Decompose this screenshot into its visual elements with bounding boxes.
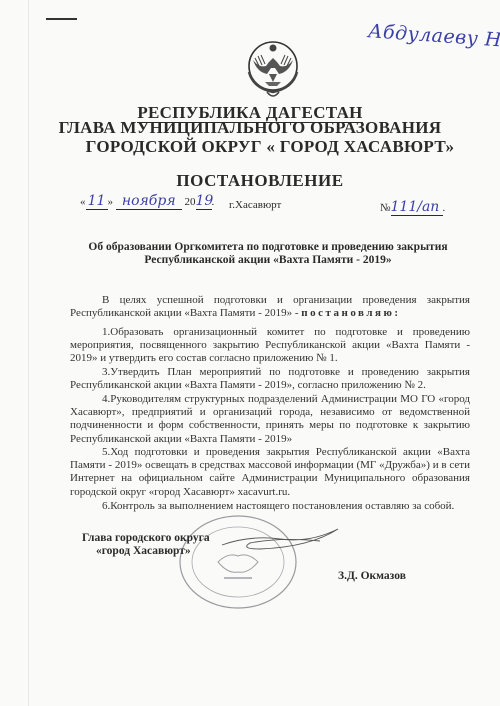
handwritten-note: Абдулаеву Н.-А.	[367, 20, 500, 54]
document-type: ПОСТАНОВЛЕНИЕ	[10, 171, 500, 191]
header-line3: ГОРОДСКОЙ ОКРУГ « ГОРОД ХАСАВЮРТ»	[20, 137, 500, 157]
item-3-text: 3.Утвердить План мероприятий по подготов…	[70, 366, 470, 392]
preamble-text: В целях успешной подготовки и организаци…	[70, 294, 470, 319]
decree-word: постановляю:	[301, 307, 400, 319]
date-day: 11	[86, 193, 108, 210]
number-dot: .	[443, 202, 446, 214]
date-line: «11» ноября 2019.	[80, 193, 214, 210]
position-line1: Глава городского округа	[82, 532, 210, 544]
item-5: 5.Ход подготовки и проведения закрытия Р…	[70, 446, 470, 499]
city-name: г.Хасавюрт	[229, 199, 281, 211]
item-1: 1.Образовать организационный комитет по …	[70, 326, 470, 366]
number-value: 111/ап	[391, 199, 443, 216]
number-sign: №	[380, 202, 391, 214]
signatory-position: Глава городского округа «город Хасавюрт»	[82, 532, 210, 558]
signatory-name: З.Д. Окмазов	[338, 570, 406, 582]
document-page: Абдулаеву Н.-А. РЕСПУБЛИКА ДАГЕСТАН ГЛАВ…	[0, 0, 500, 706]
title-line2: Республиканской акции «Вахта Памяти - 20…	[78, 254, 458, 267]
dagestan-coat-of-arms-icon	[243, 38, 303, 102]
header-line2: ГЛАВА МУНИЦИПАЛЬНОГО ОБРАЗОВАНИЯ	[0, 118, 500, 138]
item-1-text: 1.Образовать организационный комитет по …	[70, 326, 470, 366]
document-number: №111/ап.	[380, 199, 445, 216]
date-year-prefix: 20	[185, 196, 196, 208]
date-dot: .	[212, 196, 215, 208]
date-month: ноября	[116, 193, 182, 210]
item-4-text: 4.Руководителям структурных подразделени…	[70, 393, 470, 446]
document-title: Об образовании Оргкомитета по подготовке…	[78, 241, 458, 267]
date-close-quote: »	[108, 196, 114, 208]
date-year-suffix: 19	[196, 193, 212, 210]
item-4: 4.Руководителям структурных подразделени…	[70, 393, 470, 446]
corner-dash-mark	[46, 18, 77, 20]
handwritten-signature-icon	[220, 525, 340, 555]
title-line1: Об образовании Оргкомитета по подготовке…	[78, 241, 458, 254]
position-line2: «город Хасавюрт»	[82, 545, 210, 558]
preamble: В целях успешной подготовки и организаци…	[70, 294, 470, 320]
item-5-text: 5.Ход подготовки и проведения закрытия Р…	[70, 446, 470, 499]
item-3: 3.Утвердить План мероприятий по подготов…	[70, 366, 470, 392]
